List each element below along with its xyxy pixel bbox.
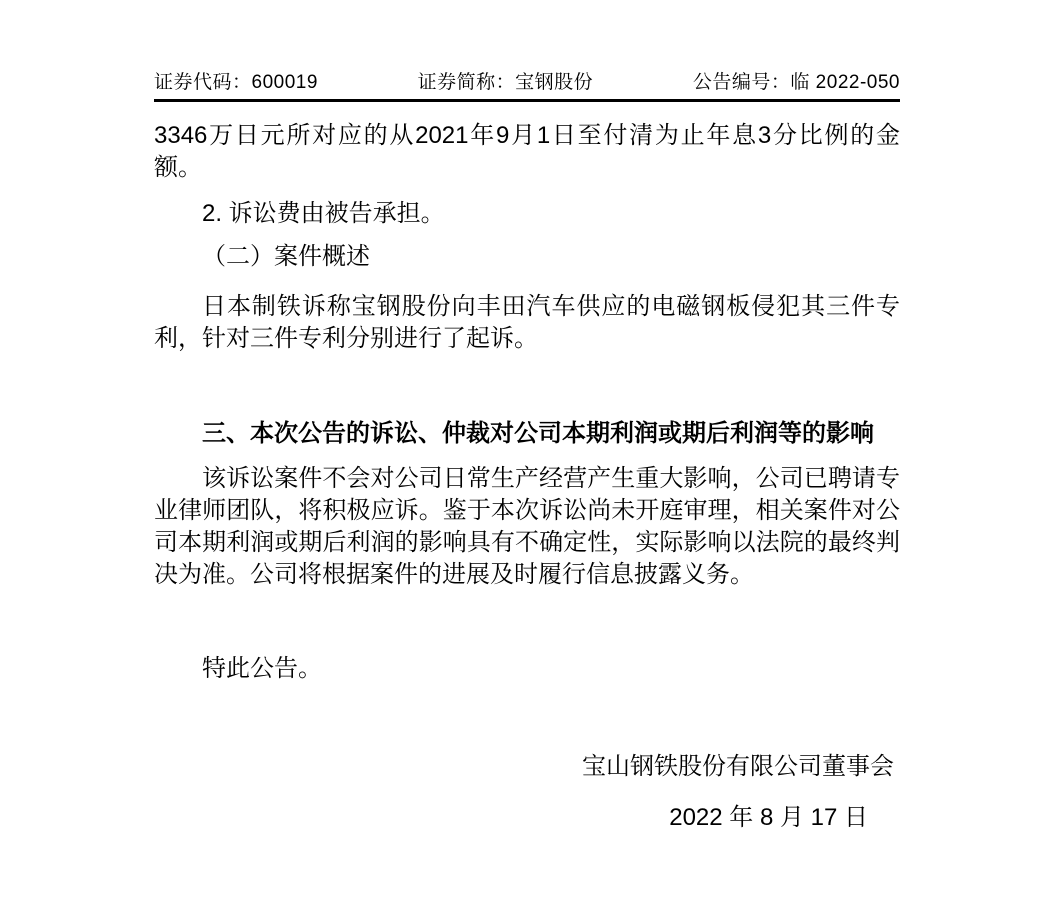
- document-body: 3346万日元所对应的从2021年9月1日至付清为止年息3分比例的金额。 2. …: [154, 120, 900, 685]
- stock-code-value: 600019: [252, 72, 318, 93]
- stock-code-label: 证券代码：: [154, 72, 252, 93]
- paragraph-interest-amount: 3346万日元所对应的从2021年9月1日至付清为止年息3分比例的金额。: [154, 120, 900, 184]
- document-header: 证券代码：600019 证券简称：宝钢股份 公告编号：临 2022-050: [154, 72, 900, 102]
- paragraph-case-summary: 日本制铁诉称宝钢股份向丰田汽车供应的电磁钢板侵犯其三件专利，针对三件专利分别进行…: [154, 291, 900, 355]
- signature-date: 2022 年 8 月 17 日: [154, 802, 900, 834]
- section-title-impact: 三、本次公告的诉讼、仲裁对公司本期利润或期后利润等的影响: [154, 418, 900, 450]
- paragraph-impact-statement: 该诉讼案件不会对公司日常生产经营产生重大影响，公司已聘请专业律师团队，将积极应诉…: [154, 463, 900, 591]
- subsection-title-case-overview: （二）案件概述: [154, 241, 900, 273]
- stock-name-value: 宝钢股份: [515, 72, 593, 93]
- signature-block: 宝山钢铁股份有限公司董事会 2022 年 8 月 17 日: [154, 751, 900, 834]
- paragraph-closing: 特此公告。: [154, 653, 900, 685]
- stock-name: 证券简称：宝钢股份: [418, 72, 594, 93]
- paragraph-litigation-fee: 2. 诉讼费由被告承担。: [154, 198, 900, 230]
- stock-code: 证券代码：600019: [154, 72, 318, 93]
- stock-name-label: 证券简称：: [418, 72, 516, 93]
- announcement-number-label: 公告编号：: [693, 72, 791, 93]
- announcement-document-page: 证券代码：600019 证券简称：宝钢股份 公告编号：临 2022-050 33…: [0, 0, 1053, 910]
- signature-company: 宝山钢铁股份有限公司董事会: [154, 751, 900, 783]
- announcement-number: 公告编号：临 2022-050: [693, 72, 900, 93]
- announcement-number-value: 临 2022-050: [790, 72, 900, 93]
